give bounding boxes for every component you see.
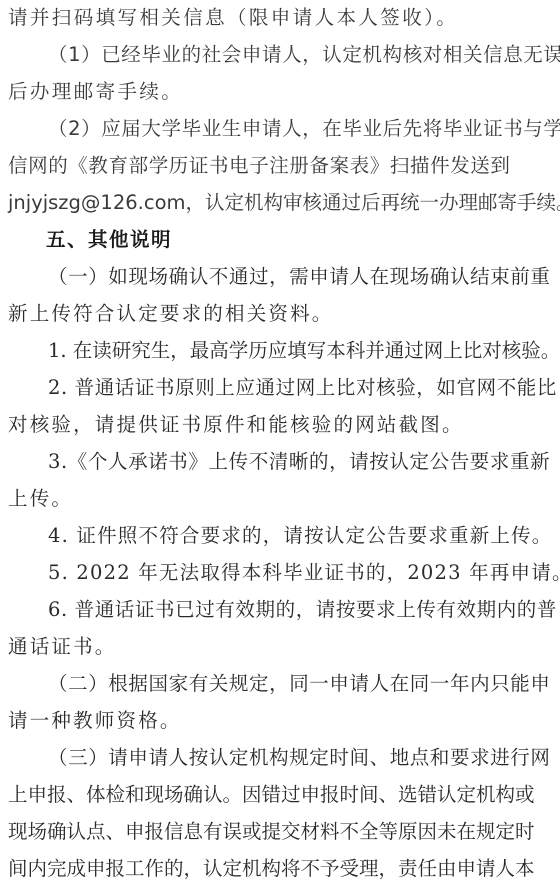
paragraph-line-signing: 请并扫码填写相关信息（限申请人本人签收）。	[8, 6, 554, 30]
list-item-5: 5. 2022 年无法取得本科毕业证书的，2023 年再申请。	[48, 561, 554, 585]
paragraph-line-item-three-4: 间内完成申报工作的，认定机构将不予受理，责任由申请人本	[8, 857, 554, 881]
paragraph-line-item-two-2: 请一种教师资格。	[8, 709, 554, 733]
paragraph-line-item-two-1: （二）根据国家有关规定，同一申请人在同一年内只能申	[48, 672, 554, 696]
paragraph-line-email: jnjyjszg@126.com，认定机构审核通过后再统一办理邮寄手续。	[8, 191, 554, 215]
list-item-2-line-2: 对核验，请提供证书原件和能核验的网站截图。	[8, 413, 554, 437]
paragraph-line-graduated-1: （1）已经毕业的社会申请人，认定机构核对相关信息无误	[48, 43, 554, 67]
list-item-2-line-1: 2. 普通话证书原则上应通过网上比对核验，如官网不能比	[48, 376, 554, 400]
paragraph-line-item-three-2: 上申报、体检和现场确认。因错过申报时间、选错认定机构或	[8, 783, 554, 807]
paragraph-line-fresh-grad-1: （2）应届大学毕业生申请人，在毕业后先将毕业证书与学	[48, 117, 554, 141]
list-item-4: 4. 证件照不符合要求的，请按认定公告要求重新上传。	[48, 524, 554, 548]
paragraph-line-item-one-1: （一）如现场确认不通过，需申请人在现场确认结束前重	[48, 265, 554, 289]
paragraph-line-fresh-grad-2: 信网的《教育部学历证书电子注册备案表》扫描件发送到	[8, 154, 554, 178]
list-item-6-line-2: 通话证书。	[8, 635, 554, 659]
paragraph-line-item-three-3: 现场确认点、申报信息有误或提交材料不全等原因未在规定时	[8, 820, 554, 844]
paragraph-line-item-one-2: 新上传符合认定要求的相关资料。	[8, 302, 554, 326]
list-item-1: 1. 在读研究生，最高学历应填写本科并通过网上比对核验。	[48, 339, 554, 363]
paragraph-line-item-three-1: （三）请申请人按认定机构规定时间、地点和要求进行网	[48, 746, 554, 770]
list-item-6-line-1: 6. 普通话证书已过有效期的，请按要求上传有效期内的普	[48, 598, 554, 622]
section-heading-other-notes: 五、其他说明	[46, 228, 554, 252]
list-item-3-line-1: 3.《个人承诺书》上传不清晰的，请按认定公告要求重新	[48, 450, 554, 474]
document-page: 请并扫码填写相关信息（限申请人本人签收）。 （1）已经毕业的社会申请人，认定机构…	[0, 0, 560, 882]
list-item-3-line-2: 上传。	[8, 487, 554, 511]
paragraph-line-graduated-2: 后办理邮寄手续。	[8, 80, 554, 104]
